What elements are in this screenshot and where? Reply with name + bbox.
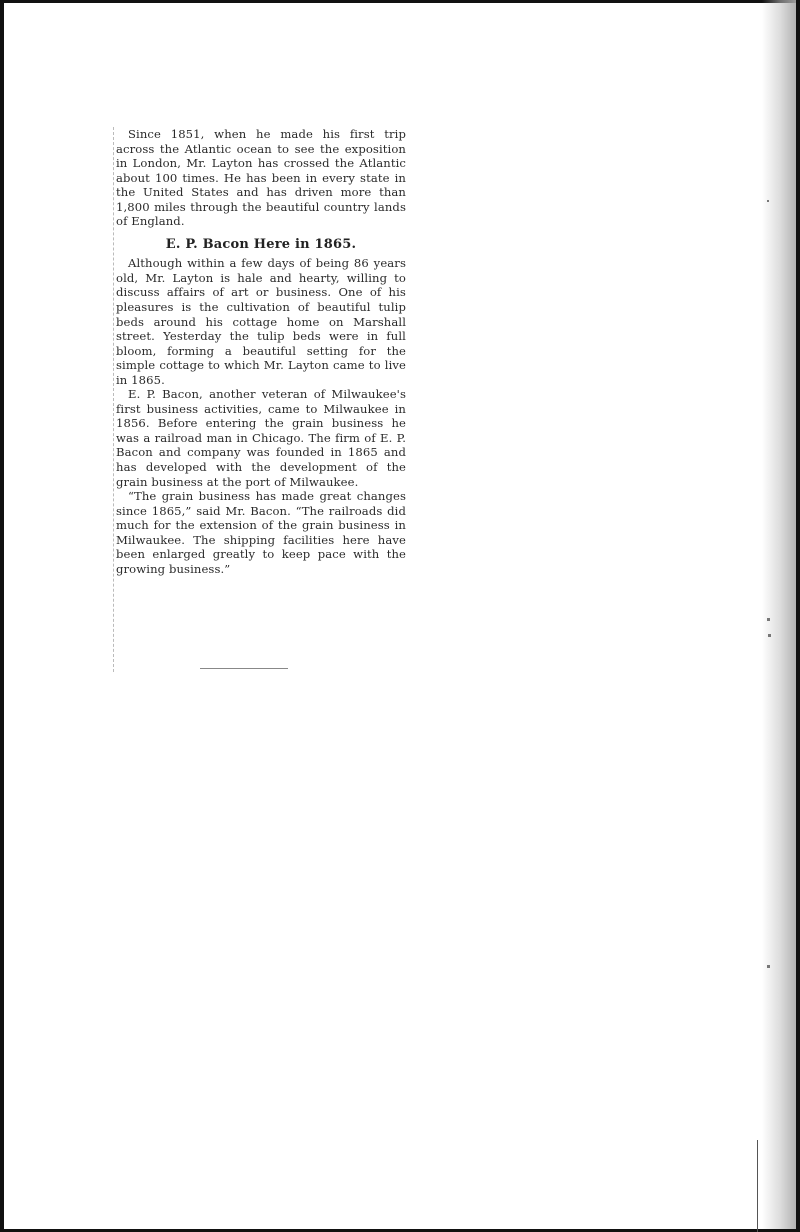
article-paragraph: “The grain business has made great chang… (116, 489, 406, 576)
scan-speck (767, 618, 770, 621)
scan-edge-top (0, 0, 800, 3)
article-paragraph: Since 1851, when he made his first trip … (116, 127, 406, 229)
scan-edge-right (796, 0, 800, 1232)
article-subheading: E. P. Bacon Here in 1865. (116, 238, 406, 253)
article-paragraph: E. P. Bacon, another veteran of Milwauke… (116, 387, 406, 489)
article-body: Since 1851, when he made his first trip … (116, 127, 406, 576)
scan-shadow-right (762, 0, 796, 1232)
scan-speck (768, 634, 771, 637)
scan-speck (767, 965, 770, 968)
article-paragraph: Although within a few days of being 86 y… (116, 256, 406, 387)
page-fold-line (757, 1140, 758, 1232)
scan-speck (767, 200, 769, 202)
scan-edge-left (0, 0, 4, 1232)
article-end-rule (200, 668, 288, 669)
